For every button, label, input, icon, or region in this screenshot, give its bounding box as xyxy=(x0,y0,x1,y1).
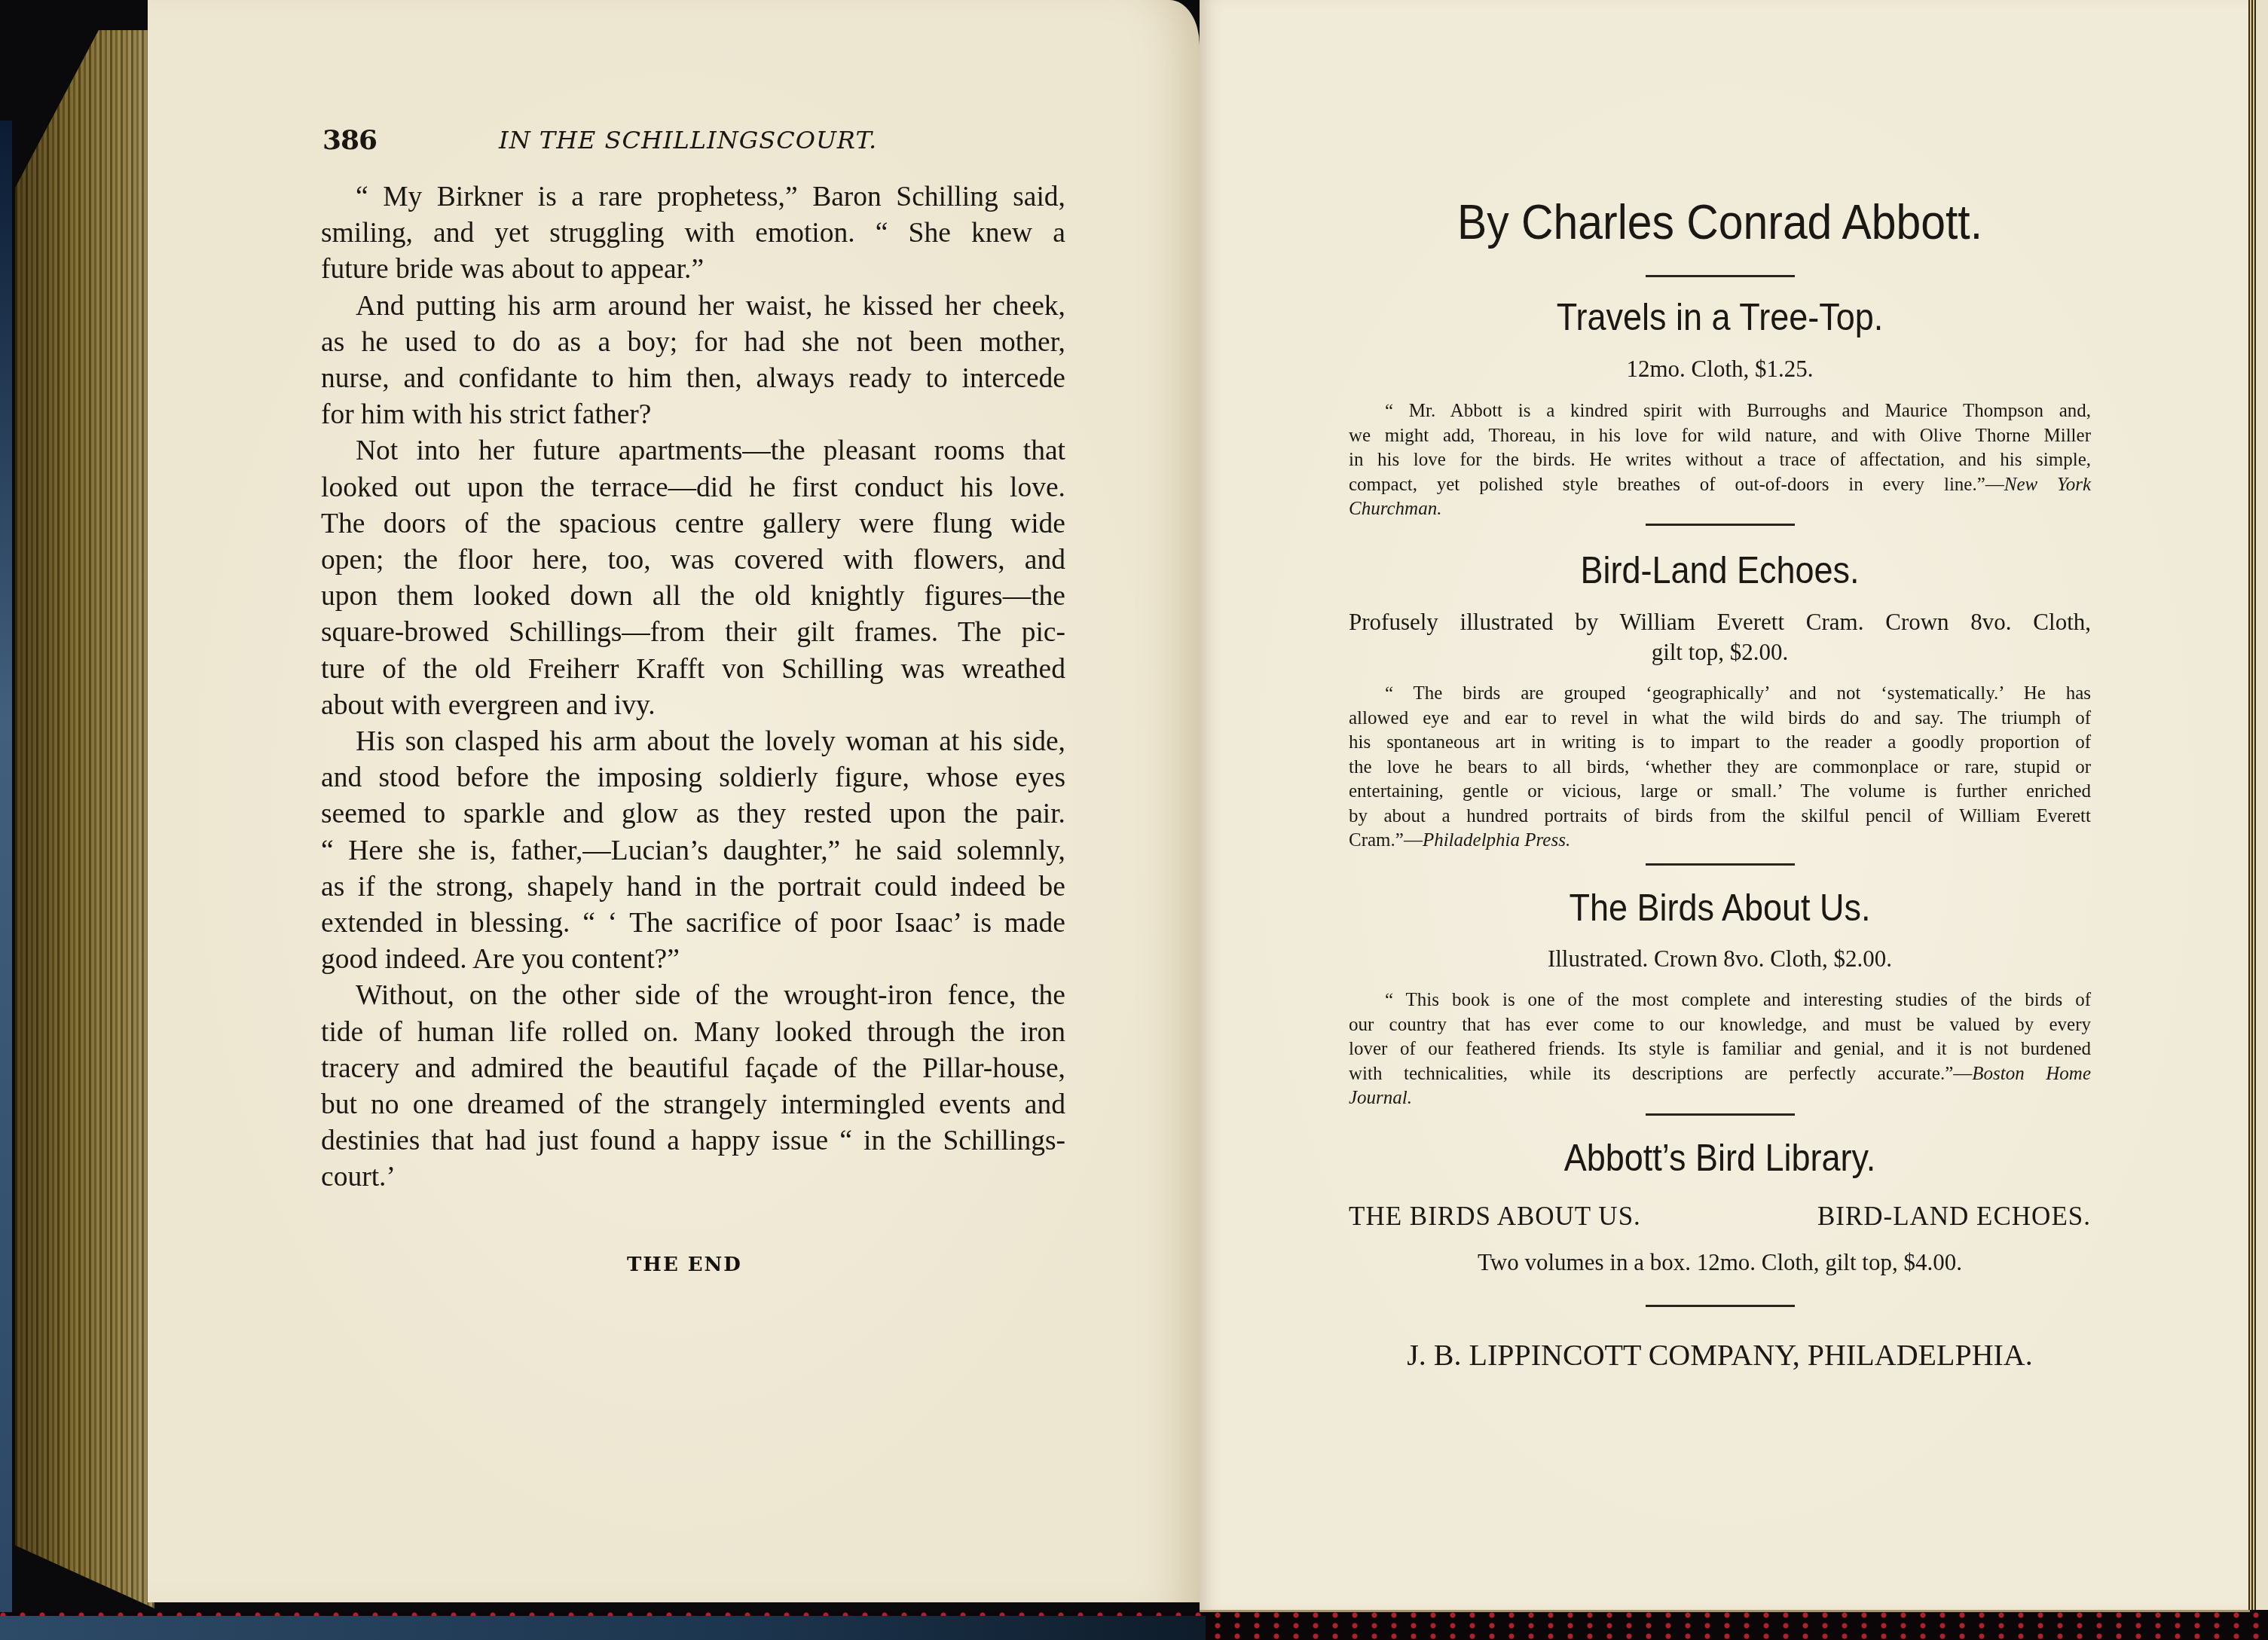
running-title: IN THE SCHILLINGSCOURT. xyxy=(499,126,877,154)
text-line: extended in blessing. “ ‘ The sacrifice … xyxy=(321,906,1065,942)
book-title: Bird-Land Echoes. xyxy=(1386,548,2054,592)
review-source: Philadelphia Press. xyxy=(1423,830,1570,851)
text-line: looked out upon the terrace—did he first… xyxy=(321,470,1065,506)
library-volumes: THE BIRDS ABOUT US. BIRD-LAND ECHOES. xyxy=(1349,1202,2091,1232)
book-meta: 12mo. Cloth, $1.25. xyxy=(1349,356,2091,383)
text-line: His son clasped his arm about the lovely… xyxy=(321,724,1065,760)
book-review: “ This book is one of the most complete … xyxy=(1349,988,2091,1111)
text-line: upon them looked down all the old knight… xyxy=(321,579,1065,615)
text-line: open; the floor here, too, was covered w… xyxy=(321,542,1065,579)
review-line: “ Mr. Abbott is a kindred spirit with Bu… xyxy=(1349,399,2091,424)
text-line: And putting his arm around her waist, he… xyxy=(321,289,1065,325)
text-line: but no one dreamed of the strangely inte… xyxy=(321,1087,1065,1123)
paragraph: “ My Birkner is a rare prophetess,” Baro… xyxy=(321,179,1065,289)
review-source: New York xyxy=(2004,475,2091,495)
text-line: tracery and admired the beautiful façade… xyxy=(321,1051,1065,1087)
text-line: future bride was about to appear.” xyxy=(321,252,1065,288)
chapter-body: “ My Birkner is a rare prophetess,” Baro… xyxy=(321,179,1065,1196)
text-line: smiling, and yet struggling with emotion… xyxy=(321,215,1065,252)
book-meta-line: Profusely illustrated by William Everett… xyxy=(1349,607,2091,637)
the-end-marker: THE END xyxy=(627,1254,742,1276)
book-meta: Profusely illustrated by William Everett… xyxy=(1349,607,2091,667)
book-review: “ Mr. Abbott is a kindred spirit with Bu… xyxy=(1349,399,2091,522)
review-line: entertaining, gentle or vicious, large o… xyxy=(1349,780,2091,805)
review-line: “ This book is one of the most complete … xyxy=(1349,988,2091,1013)
book-meta: Illustrated. Crown 8vo. Cloth, $2.00. xyxy=(1349,945,2091,973)
review-text: Cram.”— xyxy=(1349,830,1423,851)
scan-background-bottom xyxy=(0,1616,1206,1640)
text-line: as he used to do as a boy; for had she n… xyxy=(321,325,1065,361)
review-line: lover of our feathered friends. Its styl… xyxy=(1349,1037,2091,1062)
text-line: “ Here she is, father,—Lucian’s daughter… xyxy=(321,833,1065,869)
text-line: seemed to sparkle and glow as they reste… xyxy=(321,796,1065,832)
text-line: The doors of the spacious centre gallery… xyxy=(321,506,1065,542)
running-head: 386 IN THE SCHILLINGSCOURT. xyxy=(322,124,1076,158)
paragraph: His son clasped his arm about the lovely… xyxy=(321,724,1065,978)
divider-rule xyxy=(1646,1305,1795,1307)
book-title: Travels in a Tree-Top. xyxy=(1386,295,2054,339)
review-line: allowed eye and ear to revel in what the… xyxy=(1349,707,2091,731)
text-line: and stood before the imposing soldierly … xyxy=(321,760,1065,796)
divider-rule xyxy=(1646,863,1795,866)
text-line: good indeed. Are you content?” xyxy=(321,942,1065,978)
text-line: destinies that had just found a happy is… xyxy=(321,1123,1065,1159)
review-source: Journal. xyxy=(1349,1086,2091,1111)
library-volume: THE BIRDS ABOUT US. xyxy=(1349,1202,1641,1232)
library-title: Abbott’s Bird Library. xyxy=(1386,1136,2054,1180)
review-line: his spontaneous art in writing is to imp… xyxy=(1349,731,2091,756)
text-line: tide of human life rolled on. Many looke… xyxy=(321,1015,1065,1051)
text-line: ture of the old Freiherr Krafft von Schi… xyxy=(321,652,1065,688)
text-line: about with evergreen and ivy. xyxy=(321,688,1065,724)
publisher-imprint: J. B. LIPPINCOTT COMPANY, PHILADELPHIA. xyxy=(1349,1337,2091,1373)
paragraph: Without, on the other side of the wrough… xyxy=(321,978,1065,1196)
scan-background-left xyxy=(0,121,12,1627)
review-text: with technicalities, while its descripti… xyxy=(1349,1064,1972,1084)
author-heading: By Charles Conrad Abbott. xyxy=(1378,194,2061,250)
book-title: The Birds About Us. xyxy=(1386,886,2054,930)
review-line: with technicalities, while its descripti… xyxy=(1349,1062,2091,1087)
text-line: Not into her future apartments—the pleas… xyxy=(321,433,1065,469)
review-text: compact, yet polished style breathes of … xyxy=(1349,475,2004,495)
text-line: for him with his strict father? xyxy=(321,397,1065,433)
review-line: our country that has ever come to our kn… xyxy=(1349,1013,2091,1038)
review-line: “ The birds are grouped ‘geographically’… xyxy=(1349,682,2091,707)
divider-rule xyxy=(1646,1113,1795,1116)
review-line: by about a hundred portraits of birds fr… xyxy=(1349,805,2091,829)
paragraph: Not into her future apartments—the pleas… xyxy=(321,433,1065,724)
library-volume: BIRD-LAND ECHOES. xyxy=(1817,1202,2091,1232)
text-line: nurse, and confidante to him then, alway… xyxy=(321,361,1065,397)
library-meta: Two volumes in a box. 12mo. Cloth, gilt … xyxy=(1349,1249,2091,1276)
paragraph: And putting his arm around her waist, he… xyxy=(321,289,1065,434)
book-meta-line: gilt top, $2.00. xyxy=(1349,637,2091,667)
review-line: we might add, Thoreau, in his love for w… xyxy=(1349,424,2091,449)
text-line: as if the strong, shapely hand in the po… xyxy=(321,869,1065,906)
review-line: compact, yet polished style breathes of … xyxy=(1349,473,2091,498)
text-line: Without, on the other side of the wrough… xyxy=(321,978,1065,1014)
text-line: square-browed Schillings—from their gilt… xyxy=(321,615,1065,651)
review-line: in his love for the birds. He writes wit… xyxy=(1349,448,2091,473)
review-source: Boston Home xyxy=(1972,1064,2091,1084)
review-source: Churchman. xyxy=(1349,497,2091,522)
divider-rule xyxy=(1646,524,1795,526)
text-line: “ My Birkner is a rare prophetess,” Baro… xyxy=(321,179,1065,215)
right-page-margin xyxy=(2256,0,2268,1610)
book-review: “ The birds are grouped ‘geographically’… xyxy=(1349,682,2091,854)
divider-rule xyxy=(1646,275,1795,277)
right-page-edges xyxy=(2248,0,2256,1610)
review-line: the love he bears to all birds, ‘whether… xyxy=(1349,756,2091,780)
text-line: court.’ xyxy=(321,1159,1065,1196)
book-page-edges xyxy=(15,30,154,1608)
page-number: 386 xyxy=(322,124,377,156)
review-line: Cram.”—Philadelphia Press. xyxy=(1349,829,2091,854)
